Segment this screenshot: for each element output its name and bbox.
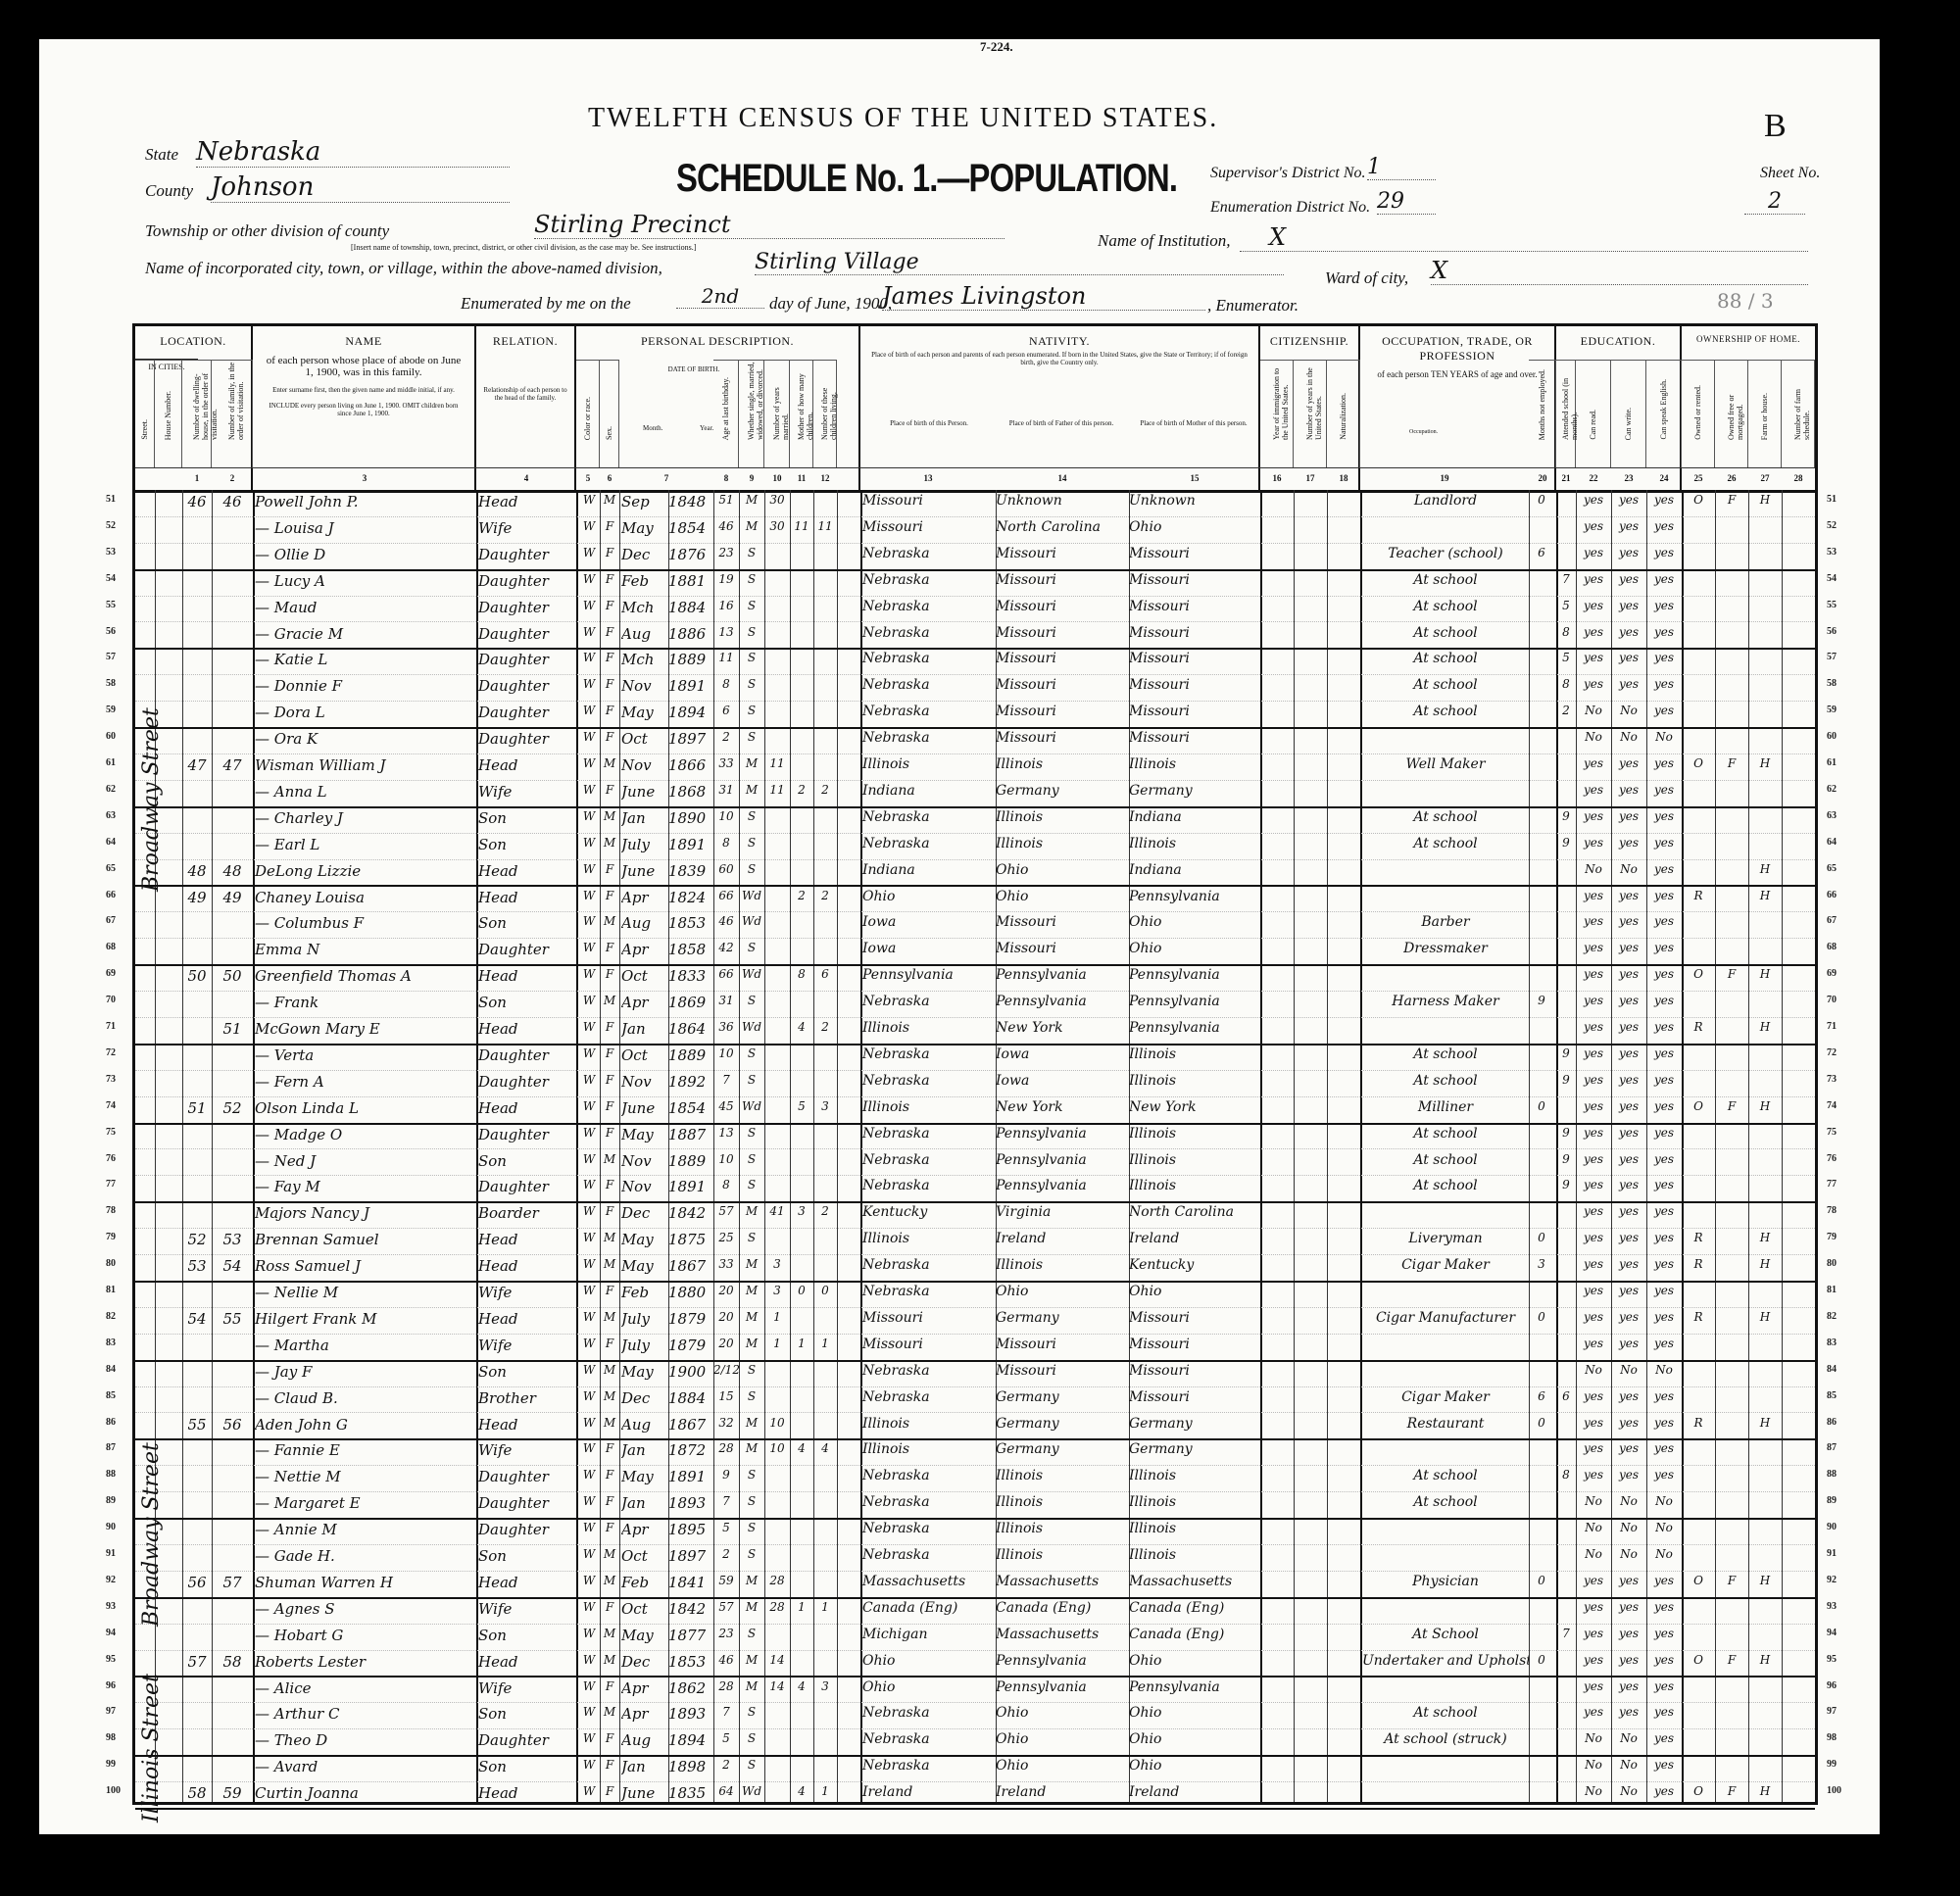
cell-ms: Wd: [739, 1020, 764, 1034]
cell-bp: Nebraska: [862, 1521, 996, 1536]
cell-sex: F: [600, 1521, 619, 1534]
institution-field: X: [1240, 223, 1808, 252]
cell-name: — Anna L: [255, 783, 474, 801]
cell-rel: Head: [478, 967, 574, 985]
cell-ms: S: [739, 862, 764, 876]
cell-bp: Canada (Eng): [862, 1600, 996, 1616]
cell-bp: Nebraska: [862, 994, 996, 1009]
column-number: 17: [1294, 473, 1327, 483]
line-number: 82: [106, 1311, 116, 1322]
cell-fm: F: [1715, 1099, 1748, 1113]
cell-bm: Illinois: [1129, 1178, 1260, 1193]
column-number: 13: [860, 473, 996, 483]
cell-age: 2/12: [713, 1363, 739, 1377]
cell-age: 2: [713, 730, 739, 744]
cell-read: yes: [1576, 677, 1611, 691]
cell-cl: 2: [813, 889, 837, 902]
cell-fm: F: [1715, 967, 1748, 981]
cell-moc: 2: [790, 889, 813, 902]
cell-rel: Son: [478, 836, 574, 853]
line-number: 56: [106, 626, 116, 637]
line-number: 91: [106, 1548, 116, 1559]
cell-bm: Massachusetts: [1129, 1574, 1260, 1589]
cell-ms: S: [739, 1494, 764, 1508]
subheader-naturalization: Naturalization.: [1327, 360, 1360, 467]
cell-write: yes: [1611, 836, 1646, 850]
table-row: — Fannie EWifeWFJan187228M1044IllinoisGe…: [135, 1438, 1815, 1466]
column-number: 9: [739, 473, 764, 483]
line-number: 85: [106, 1390, 116, 1401]
census-title: TWELFTH CENSUS OF THE UNITED STATES.: [588, 103, 1218, 134]
cell-yr: 1841: [668, 1574, 713, 1591]
cell-ms: M: [739, 756, 764, 770]
cell-name: — Nettie M: [255, 1468, 474, 1485]
line-number: 54: [106, 573, 116, 584]
cell-eng: yes: [1646, 1679, 1682, 1693]
line-number: 96: [106, 1680, 116, 1691]
enumerated-suffix: day of June, 1900,: [769, 294, 892, 314]
cell-mu: 0: [1529, 1231, 1554, 1244]
cell-yr: 1894: [668, 704, 713, 721]
cell-name: — Louisa J: [255, 519, 474, 537]
cell-fam: 48: [212, 862, 253, 880]
cell-yr: 1895: [668, 1521, 713, 1538]
cell-ms: S: [739, 546, 764, 559]
subheader-label: Can speak English.: [1659, 379, 1668, 440]
cell-bf: Germany: [996, 1441, 1129, 1457]
cell-mon: Oct: [621, 1600, 668, 1618]
population-table: LOCATION. IN CITIES. NAME of each person…: [132, 323, 1818, 1805]
subheader-label: House Number.: [164, 391, 172, 440]
cell-bp: Missouri: [862, 1337, 996, 1352]
line-number: 59: [106, 705, 116, 715]
cell-bf: Massachusetts: [996, 1574, 1129, 1589]
cell-write: yes: [1611, 994, 1646, 1007]
line-number: 55: [1827, 600, 1837, 610]
table-row: — MarthaWifeWFJuly187920M111MissouriMiss…: [135, 1334, 1815, 1362]
cell-own: O: [1682, 1099, 1715, 1113]
line-number: 75: [1827, 1127, 1837, 1138]
cell-eng: yes: [1646, 625, 1682, 639]
table-row: — Nellie MWifeWFFeb188020M300NebraskaOhi…: [135, 1281, 1815, 1308]
column-number: 6: [600, 473, 619, 483]
cell-bf: Ohio: [996, 1705, 1129, 1721]
cell-write: No: [1611, 1731, 1646, 1745]
line-number: 72: [1827, 1047, 1837, 1058]
cell-fam: 57: [212, 1574, 253, 1591]
column-number: 28: [1782, 473, 1815, 483]
line-number: 100: [106, 1785, 121, 1796]
cell-yr: 1824: [668, 889, 713, 906]
cell-sex: F: [600, 1468, 619, 1482]
cell-yr: 1868: [668, 783, 713, 801]
line-number: 51: [106, 494, 116, 505]
cell-occ: At school: [1362, 677, 1529, 693]
table-row: 4848DeLong LizzieHeadWFJune183960SIndian…: [135, 859, 1815, 888]
cell-name: — Ora K: [255, 730, 474, 748]
cell-name: — Claud B.: [255, 1389, 474, 1407]
cell-rel: Daughter: [478, 1073, 574, 1091]
cell-mon: Jan: [621, 809, 668, 827]
cell-name: Ross Samuel J: [255, 1257, 474, 1275]
cell-age: 51: [713, 493, 739, 507]
cell-cl: 6: [813, 967, 837, 981]
cell-moc: 11: [790, 519, 813, 533]
cell-cl: 2: [813, 783, 837, 797]
cell-eng: yes: [1646, 941, 1682, 954]
column-number: 20: [1529, 473, 1556, 483]
cell-bf: Massachusetts: [996, 1627, 1129, 1642]
cell-fam: 50: [212, 967, 253, 985]
cell-age: 33: [713, 1257, 739, 1271]
cell-occ: Milliner: [1362, 1099, 1529, 1115]
cell-yr: 1893: [668, 1705, 713, 1723]
cell-read: yes: [1576, 1126, 1611, 1140]
cell-bm: Ireland: [1129, 1231, 1260, 1246]
cell-bm: Germany: [1129, 1416, 1260, 1432]
cell-yr: 1867: [668, 1416, 713, 1434]
cell-bp: Nebraska: [862, 1126, 996, 1142]
cell-rel: Daughter: [478, 599, 574, 616]
cell-write: yes: [1611, 756, 1646, 770]
cell-bp: Iowa: [862, 941, 996, 956]
cell-race: W: [578, 651, 600, 664]
table-row: — Lucy ADaughterWFFeb188119SNebraskaMiss…: [135, 569, 1815, 597]
cell-eng: yes: [1646, 1731, 1682, 1745]
cell-race: W: [578, 889, 600, 902]
line-number: 61: [1827, 757, 1837, 768]
line-number: 74: [106, 1100, 116, 1111]
cell-cl: 1: [813, 1600, 837, 1614]
line-number: 52: [1827, 520, 1837, 531]
line-number: 63: [106, 810, 116, 821]
cell-mon: Apr: [621, 1705, 668, 1723]
table-row: — Gracie MDaughterWFAug188613SNebraskaMi…: [135, 622, 1815, 651]
cell-sch: 2: [1556, 704, 1576, 717]
cell-age: 23: [713, 546, 739, 559]
state-field: Nebraska: [196, 137, 510, 168]
cell-bp: Nebraska: [862, 1152, 996, 1168]
line-number: 90: [106, 1522, 116, 1532]
line-number: 53: [106, 547, 116, 558]
cell-occ: At school: [1362, 1073, 1529, 1089]
line-number: 80: [1827, 1258, 1837, 1269]
cell-race: W: [578, 914, 600, 928]
cell-write: No: [1611, 1494, 1646, 1508]
cell-write: No: [1611, 1758, 1646, 1772]
cell-age: 2: [713, 1758, 739, 1772]
cell-race: W: [578, 1600, 600, 1614]
cell-read: yes: [1576, 1679, 1611, 1693]
cell-eng: yes: [1646, 1653, 1682, 1667]
cell-read: No: [1576, 704, 1611, 717]
line-number: 62: [106, 784, 116, 795]
subheader-farm_schedule: Number of farm schedule.: [1782, 360, 1815, 467]
cell-moc: 0: [790, 1284, 813, 1297]
subheader-can_read: Can read.: [1576, 360, 1611, 467]
cell-read: yes: [1576, 783, 1611, 797]
cell-bm: Ohio: [1129, 1705, 1260, 1721]
cell-fh: H: [1748, 493, 1782, 507]
cell-ms: M: [739, 493, 764, 507]
cell-race: W: [578, 1337, 600, 1350]
subheader-age: Age at last birthday.: [713, 360, 739, 467]
cell-age: 16: [713, 599, 739, 612]
cell-mon: Aug: [621, 1731, 668, 1749]
cell-bm: Illinois: [1129, 1494, 1260, 1510]
cell-write: yes: [1611, 967, 1646, 981]
cell-rel: Son: [478, 1627, 574, 1644]
cell-bp: Illinois: [862, 756, 996, 772]
cell-race: W: [578, 1257, 600, 1271]
line-number: 83: [1827, 1337, 1837, 1348]
cell-mon: May: [621, 1126, 668, 1143]
cell-eng: yes: [1646, 836, 1682, 850]
cell-bf: Ohio: [996, 1758, 1129, 1774]
cell-race: W: [578, 1758, 600, 1772]
cell-ms: M: [739, 1679, 764, 1693]
cell-occ: Landlord: [1362, 493, 1529, 509]
cell-fam: 54: [212, 1257, 253, 1275]
line-number: 69: [106, 968, 116, 979]
cell-eng: yes: [1646, 783, 1682, 797]
cell-write: yes: [1611, 1204, 1646, 1218]
cell-age: 46: [713, 914, 739, 928]
cell-age: 46: [713, 519, 739, 533]
line-number: 89: [1827, 1495, 1837, 1506]
table-row: 5253Brennan SamuelHeadWMMay187525SIllino…: [135, 1228, 1815, 1255]
cell-bf: Pennsylvania: [996, 1178, 1129, 1193]
cell-bf: Iowa: [996, 1073, 1129, 1089]
cell-write: yes: [1611, 1046, 1646, 1060]
line-number: 65: [1827, 863, 1837, 874]
cell-eng: yes: [1646, 1126, 1682, 1140]
cell-sch: 7: [1556, 572, 1576, 586]
column-number: 3: [253, 473, 476, 483]
subheader-sex: Sex.: [600, 360, 619, 467]
cell-bp: Nebraska: [862, 1494, 996, 1510]
cell-write: yes: [1611, 941, 1646, 954]
cell-moc: 4: [790, 1020, 813, 1034]
cell-rel: Son: [478, 809, 574, 827]
cell-rel: Wife: [478, 1679, 574, 1697]
cell-write: yes: [1611, 1389, 1646, 1403]
line-number: 84: [106, 1364, 116, 1375]
column-number: 19: [1360, 473, 1529, 483]
subheader-family: Number of family, in the order of visita…: [212, 360, 253, 467]
cell-bf: Missouri: [996, 651, 1129, 666]
cell-eng: yes: [1646, 1046, 1682, 1060]
line-number: 78: [1827, 1205, 1837, 1216]
cell-ms: S: [739, 1758, 764, 1772]
cell-bp: Nebraska: [862, 1468, 996, 1483]
line-number: 65: [106, 863, 116, 874]
cell-bm: Illinois: [1129, 1468, 1260, 1483]
cell-sex: M: [600, 994, 619, 1007]
cell-rel: Head: [478, 1784, 574, 1802]
cell-bm: Ohio: [1129, 519, 1260, 535]
cell-occ: At school: [1362, 809, 1529, 825]
cell-name: — Donnie F: [255, 677, 474, 695]
cell-rel: Son: [478, 1363, 574, 1381]
cell-race: W: [578, 1574, 600, 1587]
cell-mon: Nov: [621, 756, 668, 774]
cell-read: yes: [1576, 941, 1611, 954]
cell-yr: 1880: [668, 1284, 713, 1301]
township-field: Stirling Precinct: [534, 211, 1004, 239]
cell-bf: Iowa: [996, 1046, 1129, 1062]
cell-bm: Ohio: [1129, 1731, 1260, 1747]
cell-yr: 1887: [668, 1126, 713, 1143]
column-number: 23: [1611, 473, 1646, 483]
cell-ms: S: [739, 1363, 764, 1377]
table-row: 5657Shuman Warren HHeadWMFeb184159M28Mas…: [135, 1571, 1815, 1599]
cell-write: yes: [1611, 1468, 1646, 1482]
cell-bp: Illinois: [862, 1020, 996, 1036]
cell-sch: 8: [1556, 1468, 1576, 1482]
table-row: 4949Chaney LouisaHeadWFApr182466Wd22Ohio…: [135, 886, 1815, 913]
cell-mu: 3: [1529, 1257, 1554, 1271]
table-row: — AvardSonWFJan18982SNebraskaOhioOhioNoN…: [135, 1755, 1815, 1782]
cell-bp: Nebraska: [862, 1758, 996, 1774]
cell-read: yes: [1576, 1257, 1611, 1271]
cell-bm: Ohio: [1129, 1653, 1260, 1669]
cell-sex: M: [600, 914, 619, 928]
cell-name: — Dora L: [255, 704, 474, 721]
cell-moc: 8: [790, 967, 813, 981]
cell-sex: F: [600, 1600, 619, 1614]
cell-race: W: [578, 994, 600, 1007]
cell-read: yes: [1576, 1073, 1611, 1087]
cell-bp: Massachusetts: [862, 1574, 996, 1589]
subheader-can_speak: Can speak English.: [1646, 360, 1682, 467]
cell-dw: 53: [182, 1257, 212, 1275]
cell-mon: Dec: [621, 546, 668, 563]
line-number: 64: [1827, 837, 1837, 848]
cell-ym: 28: [764, 1574, 790, 1587]
line-number: 97: [1827, 1706, 1837, 1717]
cell-bp: Ohio: [862, 1653, 996, 1669]
cell-age: 10: [713, 1152, 739, 1166]
cell-eng: yes: [1646, 572, 1682, 586]
cell-name: Majors Nancy J: [255, 1204, 474, 1222]
subheader-owned_rented: Owned or rented.: [1682, 360, 1715, 467]
cell-sex: F: [600, 625, 619, 639]
cell-yr: 1833: [668, 967, 713, 985]
column-number: 26: [1715, 473, 1748, 483]
cell-ms: S: [739, 1231, 764, 1244]
cell-bp: Ohio: [862, 1679, 996, 1695]
cell-write: yes: [1611, 889, 1646, 902]
column-number: 11: [790, 473, 813, 483]
cell-race: W: [578, 1204, 600, 1218]
cell-write: yes: [1611, 1126, 1646, 1140]
cell-bp: Illinois: [862, 1416, 996, 1432]
cell-race: W: [578, 1126, 600, 1140]
cell-read: yes: [1576, 836, 1611, 850]
line-number: 55: [106, 600, 116, 610]
cell-read: No: [1576, 1547, 1611, 1561]
city-label: Name of incorporated city, town, or vill…: [145, 259, 662, 278]
cell-ym: 11: [764, 783, 790, 797]
cell-ms: M: [739, 1600, 764, 1614]
cell-name: — Nellie M: [255, 1284, 474, 1301]
cell-bf: Missouri: [996, 599, 1129, 614]
cell-sex: M: [600, 1627, 619, 1640]
cell-name: Curtin Joanna: [255, 1784, 474, 1802]
header-nativity: NATIVITY. Place of birth of each person …: [860, 326, 1260, 490]
cell-sch: 9: [1556, 1046, 1576, 1060]
cell-eng: yes: [1646, 1204, 1682, 1218]
cell-name: — Verta: [255, 1046, 474, 1064]
cell-read: yes: [1576, 1389, 1611, 1403]
subheader-label: Can write.: [1624, 408, 1633, 440]
cell-yr: 1897: [668, 1547, 713, 1565]
cell-rel: Daughter: [478, 1468, 574, 1485]
cell-fam: 58: [212, 1653, 253, 1671]
cell-age: 60: [713, 862, 739, 876]
cell-read: yes: [1576, 809, 1611, 823]
cell-age: 31: [713, 994, 739, 1007]
cell-ms: S: [739, 625, 764, 639]
cell-ym: 14: [764, 1653, 790, 1667]
cell-race: W: [578, 1731, 600, 1745]
cell-bm: Ohio: [1129, 1758, 1260, 1774]
cell-rel: Daughter: [478, 1178, 574, 1195]
line-number: 52: [106, 520, 116, 531]
cell-own: O: [1682, 1784, 1715, 1798]
state-label: State: [145, 145, 178, 165]
cell-name: Aden John G: [255, 1416, 474, 1434]
subheader-label: Can read.: [1589, 410, 1597, 440]
table-row: — Claud B.BrotherWMDec188415SNebraskaGer…: [135, 1386, 1815, 1414]
cell-sch: 9: [1556, 1073, 1576, 1087]
cell-ms: M: [739, 1574, 764, 1587]
subheader-label: Age at last birthday.: [721, 377, 730, 440]
cell-sex: M: [600, 1363, 619, 1377]
cell-yr: 1889: [668, 1046, 713, 1064]
cell-moc: 1: [790, 1600, 813, 1614]
cell-ms: Wd: [739, 889, 764, 902]
cell-ms: M: [739, 1204, 764, 1218]
cell-sex: M: [600, 1152, 619, 1166]
cell-rel: Head: [478, 756, 574, 774]
cell-bm: Pennsylvania: [1129, 889, 1260, 904]
line-number: 82: [1827, 1311, 1837, 1322]
cell-write: yes: [1611, 1653, 1646, 1667]
table-row: — FrankSonWMApr186931SNebraskaPennsylvan…: [135, 991, 1815, 1018]
cell-age: 57: [713, 1204, 739, 1218]
cell-bf: Germany: [996, 783, 1129, 799]
cell-bm: Illinois: [1129, 756, 1260, 772]
cell-sex: F: [600, 1758, 619, 1772]
cell-bp: Nebraska: [862, 1705, 996, 1721]
cell-read: yes: [1576, 493, 1611, 507]
cell-read: yes: [1576, 1416, 1611, 1430]
cell-rel: Daughter: [478, 651, 574, 668]
cell-name: — Arthur C: [255, 1705, 474, 1723]
cell-dw: 49: [182, 889, 212, 906]
cell-mon: Nov: [621, 1152, 668, 1170]
cell-bm: Missouri: [1129, 625, 1260, 641]
cell-read: yes: [1576, 1653, 1611, 1667]
line-number: 60: [106, 731, 116, 742]
cell-sex: F: [600, 1679, 619, 1693]
cell-bp: Missouri: [862, 493, 996, 509]
cell-age: 23: [713, 1627, 739, 1640]
cell-yr: 1879: [668, 1310, 713, 1328]
cell-race: W: [578, 1521, 600, 1534]
